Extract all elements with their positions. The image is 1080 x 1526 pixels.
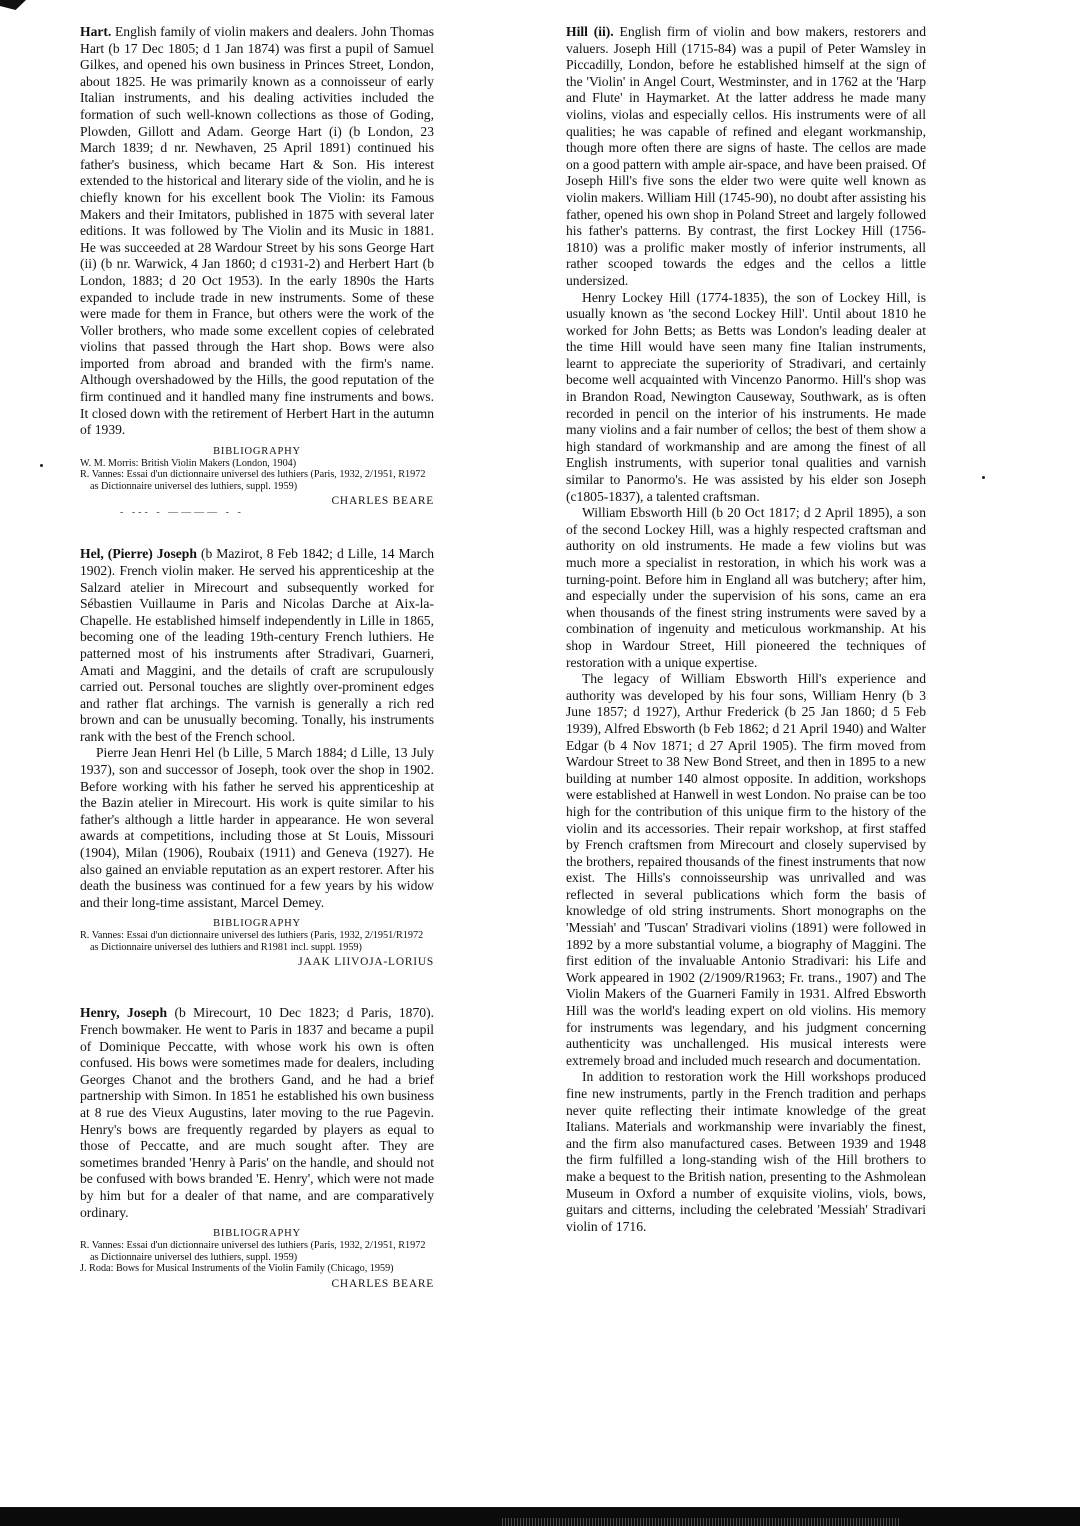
bibliography-item: J. Roda: Bows for Musical Instruments of…: [80, 1263, 434, 1275]
entry-henry: Henry, Joseph (b Mirecourt, 10 Dec 1823;…: [80, 1005, 434, 1290]
entry-paragraph: Pierre Jean Henri Hel (b Lille, 5 March …: [80, 745, 434, 911]
entry-hart: Hart. English family of violin makers an…: [80, 24, 434, 518]
bibliography-heading: BIBLIOGRAPHY: [80, 917, 434, 930]
author-signature: CHARLES BEARE: [80, 494, 434, 508]
entry-paragraph: Hill (ii). English firm of violin and bo…: [566, 24, 926, 290]
bibliography-item: R. Vannes: Essai d'un dictionnaire unive…: [80, 930, 434, 953]
entry-paragraph: William Ebsworth Hill (b 20 Oct 1817; d …: [566, 505, 926, 671]
entry-paragraph: In addition to restoration work the Hill…: [566, 1069, 926, 1235]
author-signature: JAAK LIIVOJA-LORIUS: [80, 955, 434, 969]
scan-corner-mark: [0, 0, 26, 10]
entry-paragraph: Henry, Joseph (b Mirecourt, 10 Dec 1823;…: [80, 1005, 434, 1221]
scan-speck: [982, 476, 985, 479]
headword: Hill (ii).: [566, 24, 614, 39]
headword: Hel, (Pierre) Joseph: [80, 546, 197, 561]
headword: Hart.: [80, 24, 111, 39]
headword: Henry, Joseph: [80, 1005, 167, 1020]
bibliography-item: R. Vannes: Essai d'un dictionnaire unive…: [80, 1240, 434, 1263]
scan-bottom-border: [0, 1502, 1080, 1526]
entry-paragraph: Hart. English family of violin makers an…: [80, 24, 434, 439]
author-signature: CHARLES BEARE: [80, 1277, 434, 1291]
bibliography-heading: BIBLIOGRAPHY: [80, 445, 434, 458]
left-column: Hart. English family of violin makers an…: [80, 24, 434, 1291]
entry-paragraph: The legacy of William Ebsworth Hill's ex…: [566, 671, 926, 1069]
bibliography-item: R. Vannes: Essai d'un dictionnaire unive…: [80, 469, 434, 492]
scan-artifact-dashes: - --- - ———— - -: [120, 508, 434, 518]
bibliography-item: W. M. Morris: British Violin Makers (Lon…: [80, 458, 434, 470]
entry-hill: Hill (ii). English firm of violin and bo…: [566, 24, 926, 1235]
scan-noise: [500, 1518, 900, 1526]
bibliography-heading: BIBLIOGRAPHY: [80, 1227, 434, 1240]
entry-hel: Hel, (Pierre) Joseph (b Mazirot, 8 Feb 1…: [80, 546, 434, 969]
right-column: Hill (ii). English firm of violin and bo…: [566, 24, 926, 1235]
scan-speck: [40, 464, 43, 467]
entry-paragraph: Henry Lockey Hill (1774-1835), the son o…: [566, 290, 926, 506]
entry-paragraph: Hel, (Pierre) Joseph (b Mazirot, 8 Feb 1…: [80, 546, 434, 745]
